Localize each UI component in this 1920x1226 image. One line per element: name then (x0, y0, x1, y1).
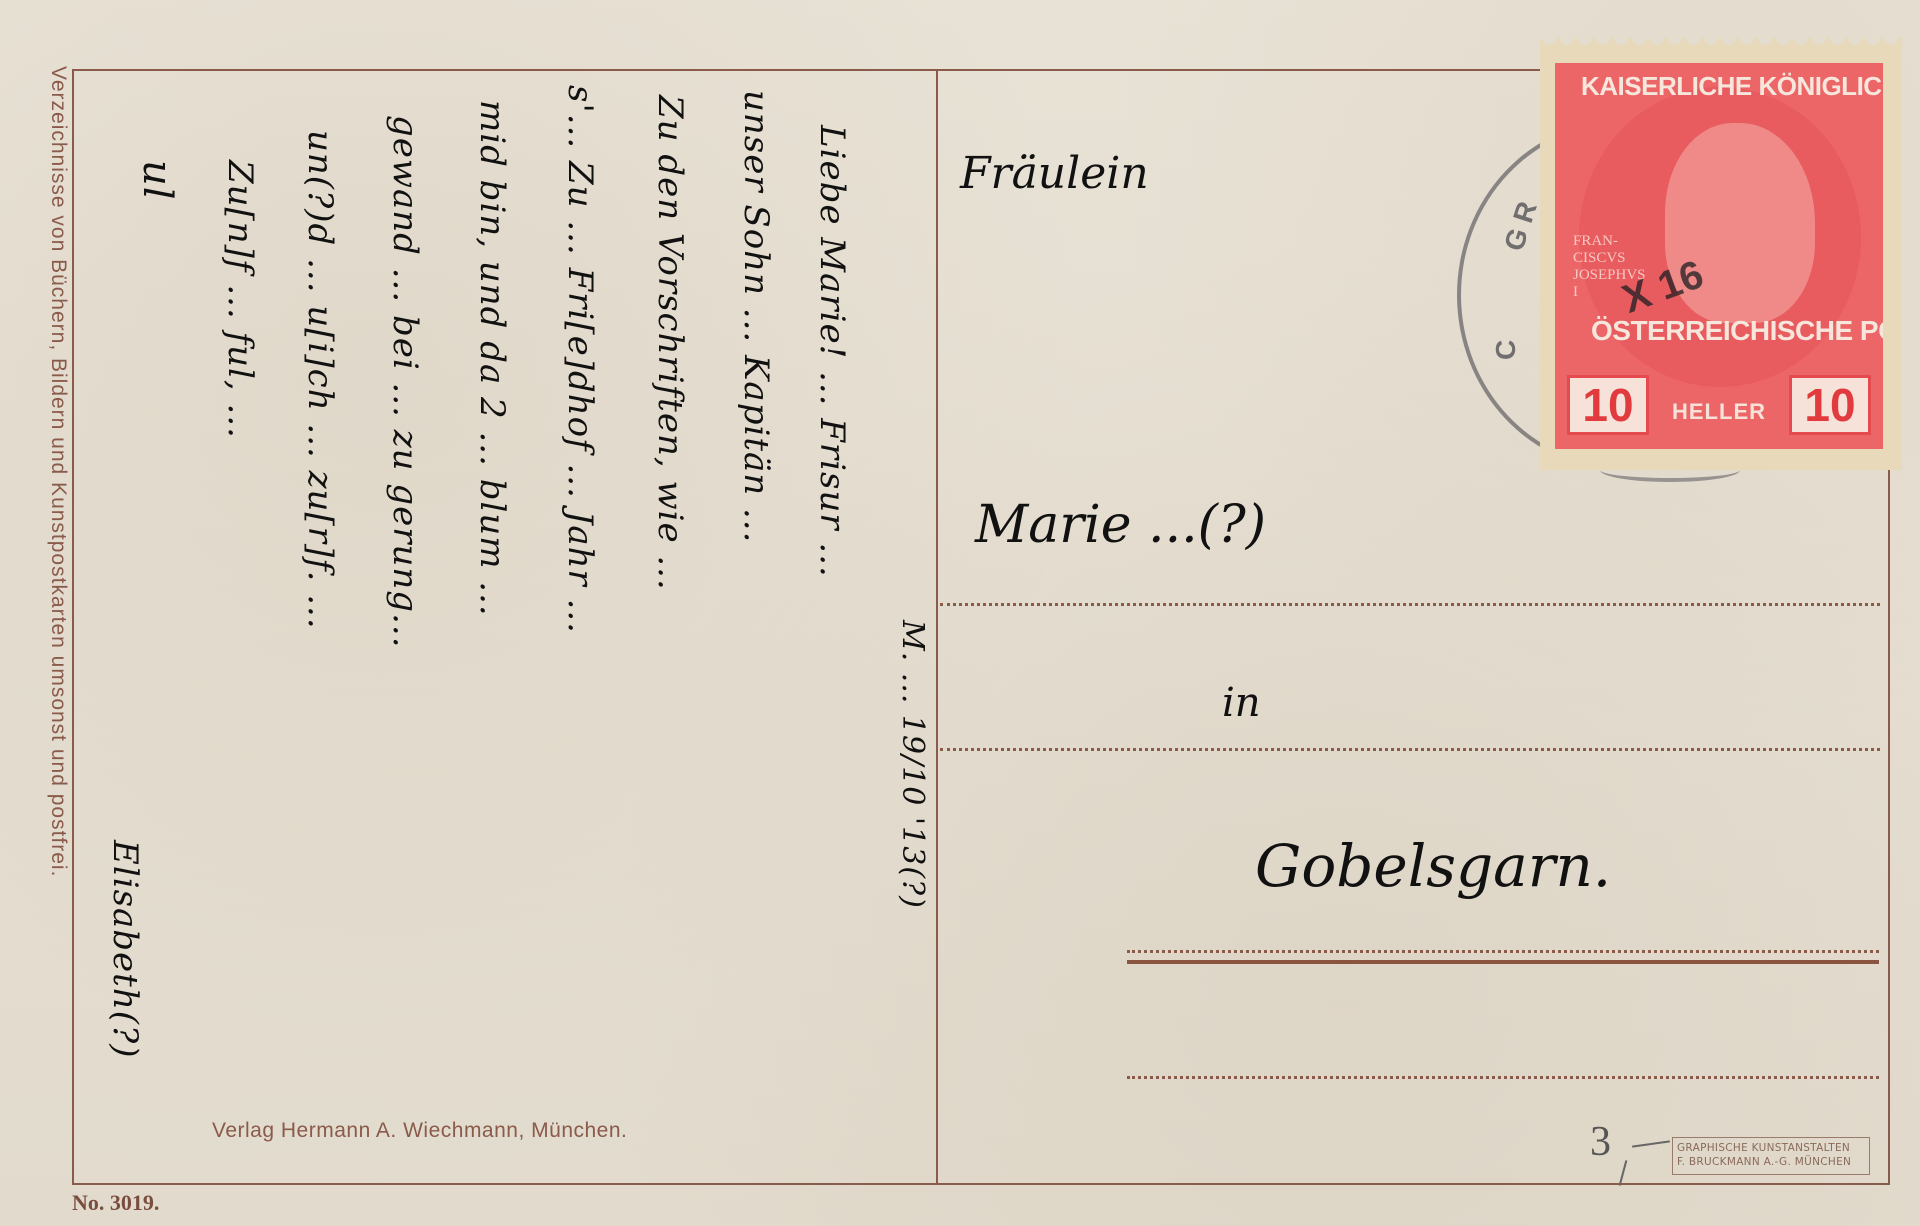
side-print-vertical: Verzeichnisse von Büchern, Bildern und K… (40, 66, 70, 1186)
address-place: Gobelsgarn. (1255, 832, 1611, 900)
message-column: mid bin, und da 2 ... blum ... (472, 100, 512, 617)
address-line-2 (940, 748, 1880, 751)
postmark-letter: C (1490, 340, 1522, 360)
stamp-top-text: KAISERLICHE KÖNIGLICHE (1581, 71, 1883, 102)
printer-imprint-box: GRAPHISCHE KUNSTANSTALTEN F. BRUCKMANN A… (1672, 1137, 1870, 1175)
address-preposition: in (1222, 680, 1261, 726)
address-line-4 (1127, 1076, 1879, 1079)
message-column: unser Sohn ... Kapitän ... (736, 90, 776, 543)
printer-line-1: GRAPHISCHE KUNSTANSTALTEN (1677, 1141, 1865, 1155)
message-address-divider (936, 69, 938, 1185)
card-number: No. 3019. (72, 1190, 159, 1216)
message-column: Zu[n]f ... ful, ... (220, 160, 260, 439)
stamp-design: KAISERLICHE KÖNIGLICHE ÖSTERREICHISCHE P… (1555, 63, 1883, 449)
pencil-price: 3 (1590, 1118, 1611, 1166)
signature: Elisabeth(?) (105, 840, 145, 1059)
address-name: Marie ...(?) (975, 495, 1266, 555)
message-column: Liebe Marie! ... Frisur ... (812, 125, 852, 578)
stamp-denomination: HELLER (1655, 399, 1783, 425)
message-column: Zu den Vorschriften, wie ... (650, 95, 690, 591)
printer-line-2: F. BRUCKMANN A.-G. MÜNCHEN (1677, 1155, 1865, 1169)
publisher-imprint: Verlag Hermann A. Wiechmann, München. (212, 1119, 627, 1143)
address-line-3 (1127, 950, 1879, 953)
postmark-arc-bottom (1600, 458, 1740, 482)
message-column: un(?)d ... u[i]ch ... zu[r]f. ... (300, 130, 340, 630)
stamp-value-right: 10 (1789, 375, 1871, 435)
message-column: s'... Zu ... Fri[e]dhof ... Jahr ... (560, 85, 600, 634)
address-salutation: Fräulein (960, 148, 1149, 199)
message-column: gewand ... bei ... zu gerung... (385, 115, 425, 649)
stamp-value-left: 10 (1567, 375, 1649, 435)
address-underline (1127, 960, 1879, 964)
message-column: ul (134, 160, 180, 201)
address-line-1 (940, 603, 1880, 606)
date-line: M. ... 19/10 '13(?) (895, 620, 930, 909)
